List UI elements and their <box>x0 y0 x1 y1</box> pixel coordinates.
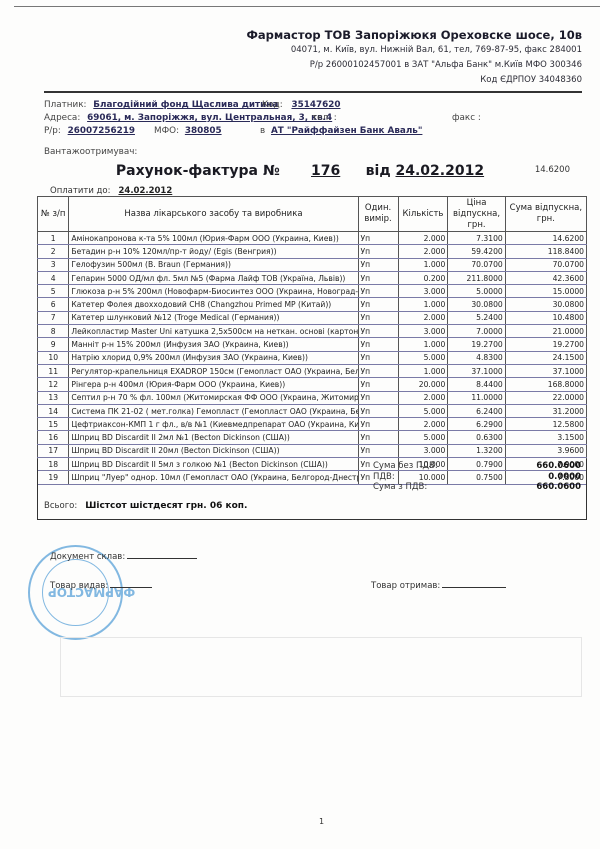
row-number: 13 <box>38 391 69 404</box>
row-unit: Уп <box>358 258 398 271</box>
table-row: 7Катетер шлунковий №12 (Troge Medical (Г… <box>38 311 587 324</box>
row-unit: Уп <box>358 232 398 245</box>
row-name: Глюкоза р-н 5% 200мл (Новофарм-Биосинтез… <box>69 285 358 298</box>
row-sum: 70.0700 <box>505 258 586 271</box>
row-name: Регулятор-крапельниця EXADROP 150см (Гем… <box>69 364 358 377</box>
row-qty: 5.000 <box>398 404 448 417</box>
pay-by-label: Оплатити до: <box>50 186 110 196</box>
sum-without-vat-label: Сума без ПДВ: <box>373 461 438 472</box>
row-price: 5.0000 <box>448 285 505 298</box>
row-sum: 118.8400 <box>505 245 586 258</box>
pay-by: Оплатити до:24.02.2012 <box>50 186 172 196</box>
row-unit: Уп <box>358 418 398 431</box>
row-unit: Уп <box>358 285 398 298</box>
row-price: 7.3100 <box>448 232 505 245</box>
row-unit: Уп <box>358 325 398 338</box>
row-number: 2 <box>38 245 69 258</box>
row-unit: Уп <box>358 245 398 258</box>
invoice-title-text: Рахунок-фактура № <box>116 163 280 179</box>
col-name: Назва лікарського засобу та виробника <box>69 197 358 232</box>
payer-account-label: Р/р: <box>44 126 61 136</box>
row-price: 59.4200 <box>448 245 505 258</box>
issued-label: Товар видав: <box>50 581 108 591</box>
row-qty: 0.200 <box>398 271 448 284</box>
bleed-through-table <box>60 637 582 697</box>
row-unit: Уп <box>358 404 398 417</box>
row-name: Лейкопластир Master Uni катушка 2,5х500с… <box>69 325 358 338</box>
table-row: 11Регулятор-крапельниця EXADROP 150см (Г… <box>38 364 587 377</box>
payer-code: 35147620 <box>291 100 340 110</box>
col-sum: Сума відпускна, грн. <box>505 197 586 232</box>
row-price: 5.2400 <box>448 311 505 324</box>
invoice-date-prefix: від <box>366 163 391 179</box>
scan-edge-line <box>14 6 600 7</box>
issued-line <box>110 587 152 588</box>
row-name: Система ПК 21-02 ( мет.голка) Гемопласт … <box>69 404 358 417</box>
row-qty: 2.000 <box>398 391 448 404</box>
row-price: 0.6300 <box>448 431 505 444</box>
header-divider <box>44 91 582 93</box>
row-number: 9 <box>38 338 69 351</box>
row-price: 11.0000 <box>448 391 505 404</box>
sum-without-vat: 660.0600 <box>536 461 581 472</box>
payer-fax-label: факс : <box>452 113 481 123</box>
row-sum: 10.4800 <box>505 311 586 324</box>
composed-label: Документ склав: <box>50 552 125 562</box>
row-qty: 1.000 <box>398 338 448 351</box>
row-price: 70.0700 <box>448 258 505 271</box>
vat-label: ПДВ: <box>373 472 395 483</box>
col-number: № з/п <box>38 197 69 232</box>
col-unit: Один. вимір. <box>358 197 398 232</box>
row-sum: 19.2700 <box>505 338 586 351</box>
table-row: 3Гелофузин 500мл (B. Braun (Германия))Уп… <box>38 258 587 271</box>
row-qty: 5.000 <box>398 431 448 444</box>
supplier-code: Код ЄДРПОУ 34048360 <box>246 75 582 85</box>
row-qty: 3.000 <box>398 444 448 457</box>
row-sum: 30.0800 <box>505 298 586 311</box>
row-sum: 12.5800 <box>505 418 586 431</box>
row-sum: 3.9600 <box>505 444 586 457</box>
payer-bank: АТ "Райффайзен Банк Аваль" <box>271 126 422 136</box>
received-label: Товар отримав: <box>371 581 440 591</box>
row-sum: 24.1500 <box>505 351 586 364</box>
row-unit: Уп <box>358 444 398 457</box>
row-name: Цефтриаксон-КМП 1 г фл., в/в №1 (Киевмед… <box>69 418 358 431</box>
row-qty: 3.000 <box>398 285 448 298</box>
payer-mfo: 380805 <box>185 126 222 136</box>
row-number: 16 <box>38 431 69 444</box>
received-signature: Товар отримав: <box>371 581 506 591</box>
payer-address-label: Адреса: <box>44 113 80 123</box>
supplier-bank: Р/р 26000102457001 в ЗАТ "Альфа Банк" м.… <box>246 60 582 70</box>
row-name: Септил р-н 70 % фл. 100мл (Житомирская Ф… <box>69 391 358 404</box>
row-sum: 42.3600 <box>505 271 586 284</box>
row-name: Катетер Фолея двохходовий CH8 (Changzhou… <box>69 298 358 311</box>
row-name: Манніт р-н 15% 200мл (Инфузия ЗАО (Украи… <box>69 338 358 351</box>
invoice-date: 24.02.2012 <box>396 163 485 179</box>
row-number: 10 <box>38 351 69 364</box>
row-price: 37.1000 <box>448 364 505 377</box>
row-price: 7.0000 <box>448 325 505 338</box>
table-row: 5Глюкоза р-н 5% 200мл (Новофарм-Биосинте… <box>38 285 587 298</box>
payer-phone-label: тел. : <box>312 113 337 123</box>
row-unit: Уп <box>358 311 398 324</box>
row-number: 15 <box>38 418 69 431</box>
row-price: 30.0800 <box>448 298 505 311</box>
row-name: Амінокапронова к-та 5% 100мл (Юрия-Фарм … <box>69 232 358 245</box>
pay-by-date: 24.02.2012 <box>118 186 172 196</box>
row-price: 19.2700 <box>448 338 505 351</box>
row-qty: 1.000 <box>398 364 448 377</box>
col-price: Ціна відпускна, грн. <box>448 197 505 232</box>
supplier-block: Фармастор ТОВ Запоріжюкя Ореховске шосе,… <box>246 28 582 85</box>
table-row: 8Лейкопластир Master Uni катушка 2,5х500… <box>38 325 587 338</box>
row-number: 1 <box>38 232 69 245</box>
payer-mfo-label: МФО: <box>154 126 179 136</box>
total-in-words: Всього:Шістсот шістдесят грн. 06 коп. <box>44 501 247 511</box>
table-row: 15Цефтриаксон-КМП 1 г фл., в/в №1 (Киевм… <box>38 418 587 431</box>
row-qty: 5.000 <box>398 351 448 364</box>
row-name: Натрію хлорид 0,9% 200мл (Инфузия ЗАО (У… <box>69 351 358 364</box>
table-row: 17Шприц BD Discardit II 20мл (Becton Dic… <box>38 444 587 457</box>
composed-line <box>127 558 197 559</box>
row-qty: 1.000 <box>398 298 448 311</box>
row-name: Гепарин 5000 ОД/мл фл. 5мл №5 (Фарма Лай… <box>69 271 358 284</box>
sum-with-vat: 660.0600 <box>536 482 581 493</box>
row-number: 11 <box>38 364 69 377</box>
table-row: 6Катетер Фолея двохходовий CH8 (Changzho… <box>38 298 587 311</box>
row-unit: Уп <box>358 298 398 311</box>
col-qty: Кількість <box>398 197 448 232</box>
row-name: Рінгера р-н 400мл (Юрия-Фарм ООО (Украин… <box>69 378 358 391</box>
row-sum: 14.6200 <box>505 232 586 245</box>
table-row: 2Бетадин р-н 10% 120мл/пр-т йоду/ (Egis … <box>38 245 587 258</box>
invoice-title: Рахунок-фактура №176від 24.02.2012 <box>0 163 600 179</box>
total-words-value: Шістсот шістдесят грн. 06 коп. <box>85 501 247 511</box>
row-price: 6.2900 <box>448 418 505 431</box>
row-number: 5 <box>38 285 69 298</box>
row-name: Гелофузин 500мл (B. Braun (Германия)) <box>69 258 358 271</box>
table-row: 1Амінокапронова к-та 5% 100мл (Юрия-Фарм… <box>38 232 587 245</box>
row-price: 4.8300 <box>448 351 505 364</box>
table-row: 13Септил р-н 70 % фл. 100мл (Житомирская… <box>38 391 587 404</box>
row-sum: 168.8000 <box>505 378 586 391</box>
table-row: 14Система ПК 21-02 ( мет.голка) Гемоплас… <box>38 404 587 417</box>
consignee-label: Вантажоотримувач: <box>44 147 137 157</box>
row-number: 4 <box>38 271 69 284</box>
row-price: 1.3200 <box>448 444 505 457</box>
row-sum: 21.0000 <box>505 325 586 338</box>
row-price: 6.2400 <box>448 404 505 417</box>
issued-signature: Товар видав: <box>50 581 152 591</box>
invoice-number: 176 <box>308 163 344 179</box>
row-sum: 15.0000 <box>505 285 586 298</box>
row-unit: Уп <box>358 391 398 404</box>
table-row: 4Гепарин 5000 ОД/мл фл. 5мл №5 (Фарма Ла… <box>38 271 587 284</box>
row-qty: 2.000 <box>398 418 448 431</box>
row-number: 3 <box>38 258 69 271</box>
row-qty: 3.000 <box>398 325 448 338</box>
payer-bank-prefix: в <box>260 126 265 136</box>
row-price: 8.4400 <box>448 378 505 391</box>
totals-block: Сума без ПДВ:660.0600 ПДВ:0.0000 Сума з … <box>373 461 581 493</box>
row-number: 6 <box>38 298 69 311</box>
table-row: 16Шприц BD Discardit II 2мл №1 (Becton D… <box>38 431 587 444</box>
row-name: Бетадин р-н 10% 120мл/пр-т йоду/ (Egis (… <box>69 245 358 258</box>
row-number: 17 <box>38 444 69 457</box>
row-sum: 3.1500 <box>505 431 586 444</box>
row-price: 211.8000 <box>448 271 505 284</box>
payer-name: Благодійний фонд Щаслива дитина <box>93 100 278 110</box>
row-unit: Уп <box>358 364 398 377</box>
row-number: 7 <box>38 311 69 324</box>
row-qty: 2.000 <box>398 311 448 324</box>
row-name: Катетер шлунковий №12 (Troge Medical (Ге… <box>69 311 358 324</box>
row-number: 14 <box>38 404 69 417</box>
supplier-name: Фармастор ТОВ Запоріжюкя Ореховске шосе,… <box>246 28 582 42</box>
row-qty: 20.000 <box>398 378 448 391</box>
table-row: 12Рінгера р-н 400мл (Юрия-Фарм ООО (Укра… <box>38 378 587 391</box>
composed-signature: Документ склав: <box>50 552 197 562</box>
payer-label: Платник: <box>44 100 87 110</box>
row-unit: Уп <box>358 351 398 364</box>
table-row: 9Манніт р-н 15% 200мл (Инфузия ЗАО (Укра… <box>38 338 587 351</box>
row-qty: 1.000 <box>398 258 448 271</box>
received-line <box>442 587 506 588</box>
row-name: Шприц BD Discardit II 20мл (Becton Dicki… <box>69 444 358 457</box>
row-qty: 2.000 <box>398 245 448 258</box>
payer-account: 26007256219 <box>68 126 135 136</box>
row-unit: Уп <box>358 271 398 284</box>
row-sum: 22.0000 <box>505 391 586 404</box>
row-sum: 37.1000 <box>505 364 586 377</box>
payer-block: Платник: Благодійний фонд Щаслива дитина… <box>44 100 584 160</box>
page-number: 1 <box>319 817 324 826</box>
row-qty: 2.000 <box>398 232 448 245</box>
payer-address: 69061, м. Запоріжжя, вул. Центральная, 3… <box>87 113 332 123</box>
row-unit: Уп <box>358 431 398 444</box>
items-table: № з/п Назва лікарського засобу та виробн… <box>37 196 587 485</box>
row-sum: 31.2000 <box>505 404 586 417</box>
row-unit: Уп <box>358 338 398 351</box>
total-words-label: Всього: <box>44 501 77 511</box>
table-row: 10Натрію хлорид 0,9% 200мл (Инфузия ЗАО … <box>38 351 587 364</box>
supplier-address: 04071, м. Київ, вул. Нижній Вал, 61, тел… <box>246 45 582 55</box>
row-number: 8 <box>38 325 69 338</box>
payer-code-label: Код: <box>262 100 283 110</box>
table-header-row: № з/п Назва лікарського засобу та виробн… <box>38 197 587 232</box>
row-name: Шприц BD Discardit II 2мл №1 (Becton Dic… <box>69 431 358 444</box>
vat-value: 0.0000 <box>548 472 581 483</box>
corner-value: 14.6200 <box>535 165 570 175</box>
sum-with-vat-label: Сума з ПДВ: <box>373 482 427 493</box>
row-number: 12 <box>38 378 69 391</box>
row-unit: Уп <box>358 378 398 391</box>
